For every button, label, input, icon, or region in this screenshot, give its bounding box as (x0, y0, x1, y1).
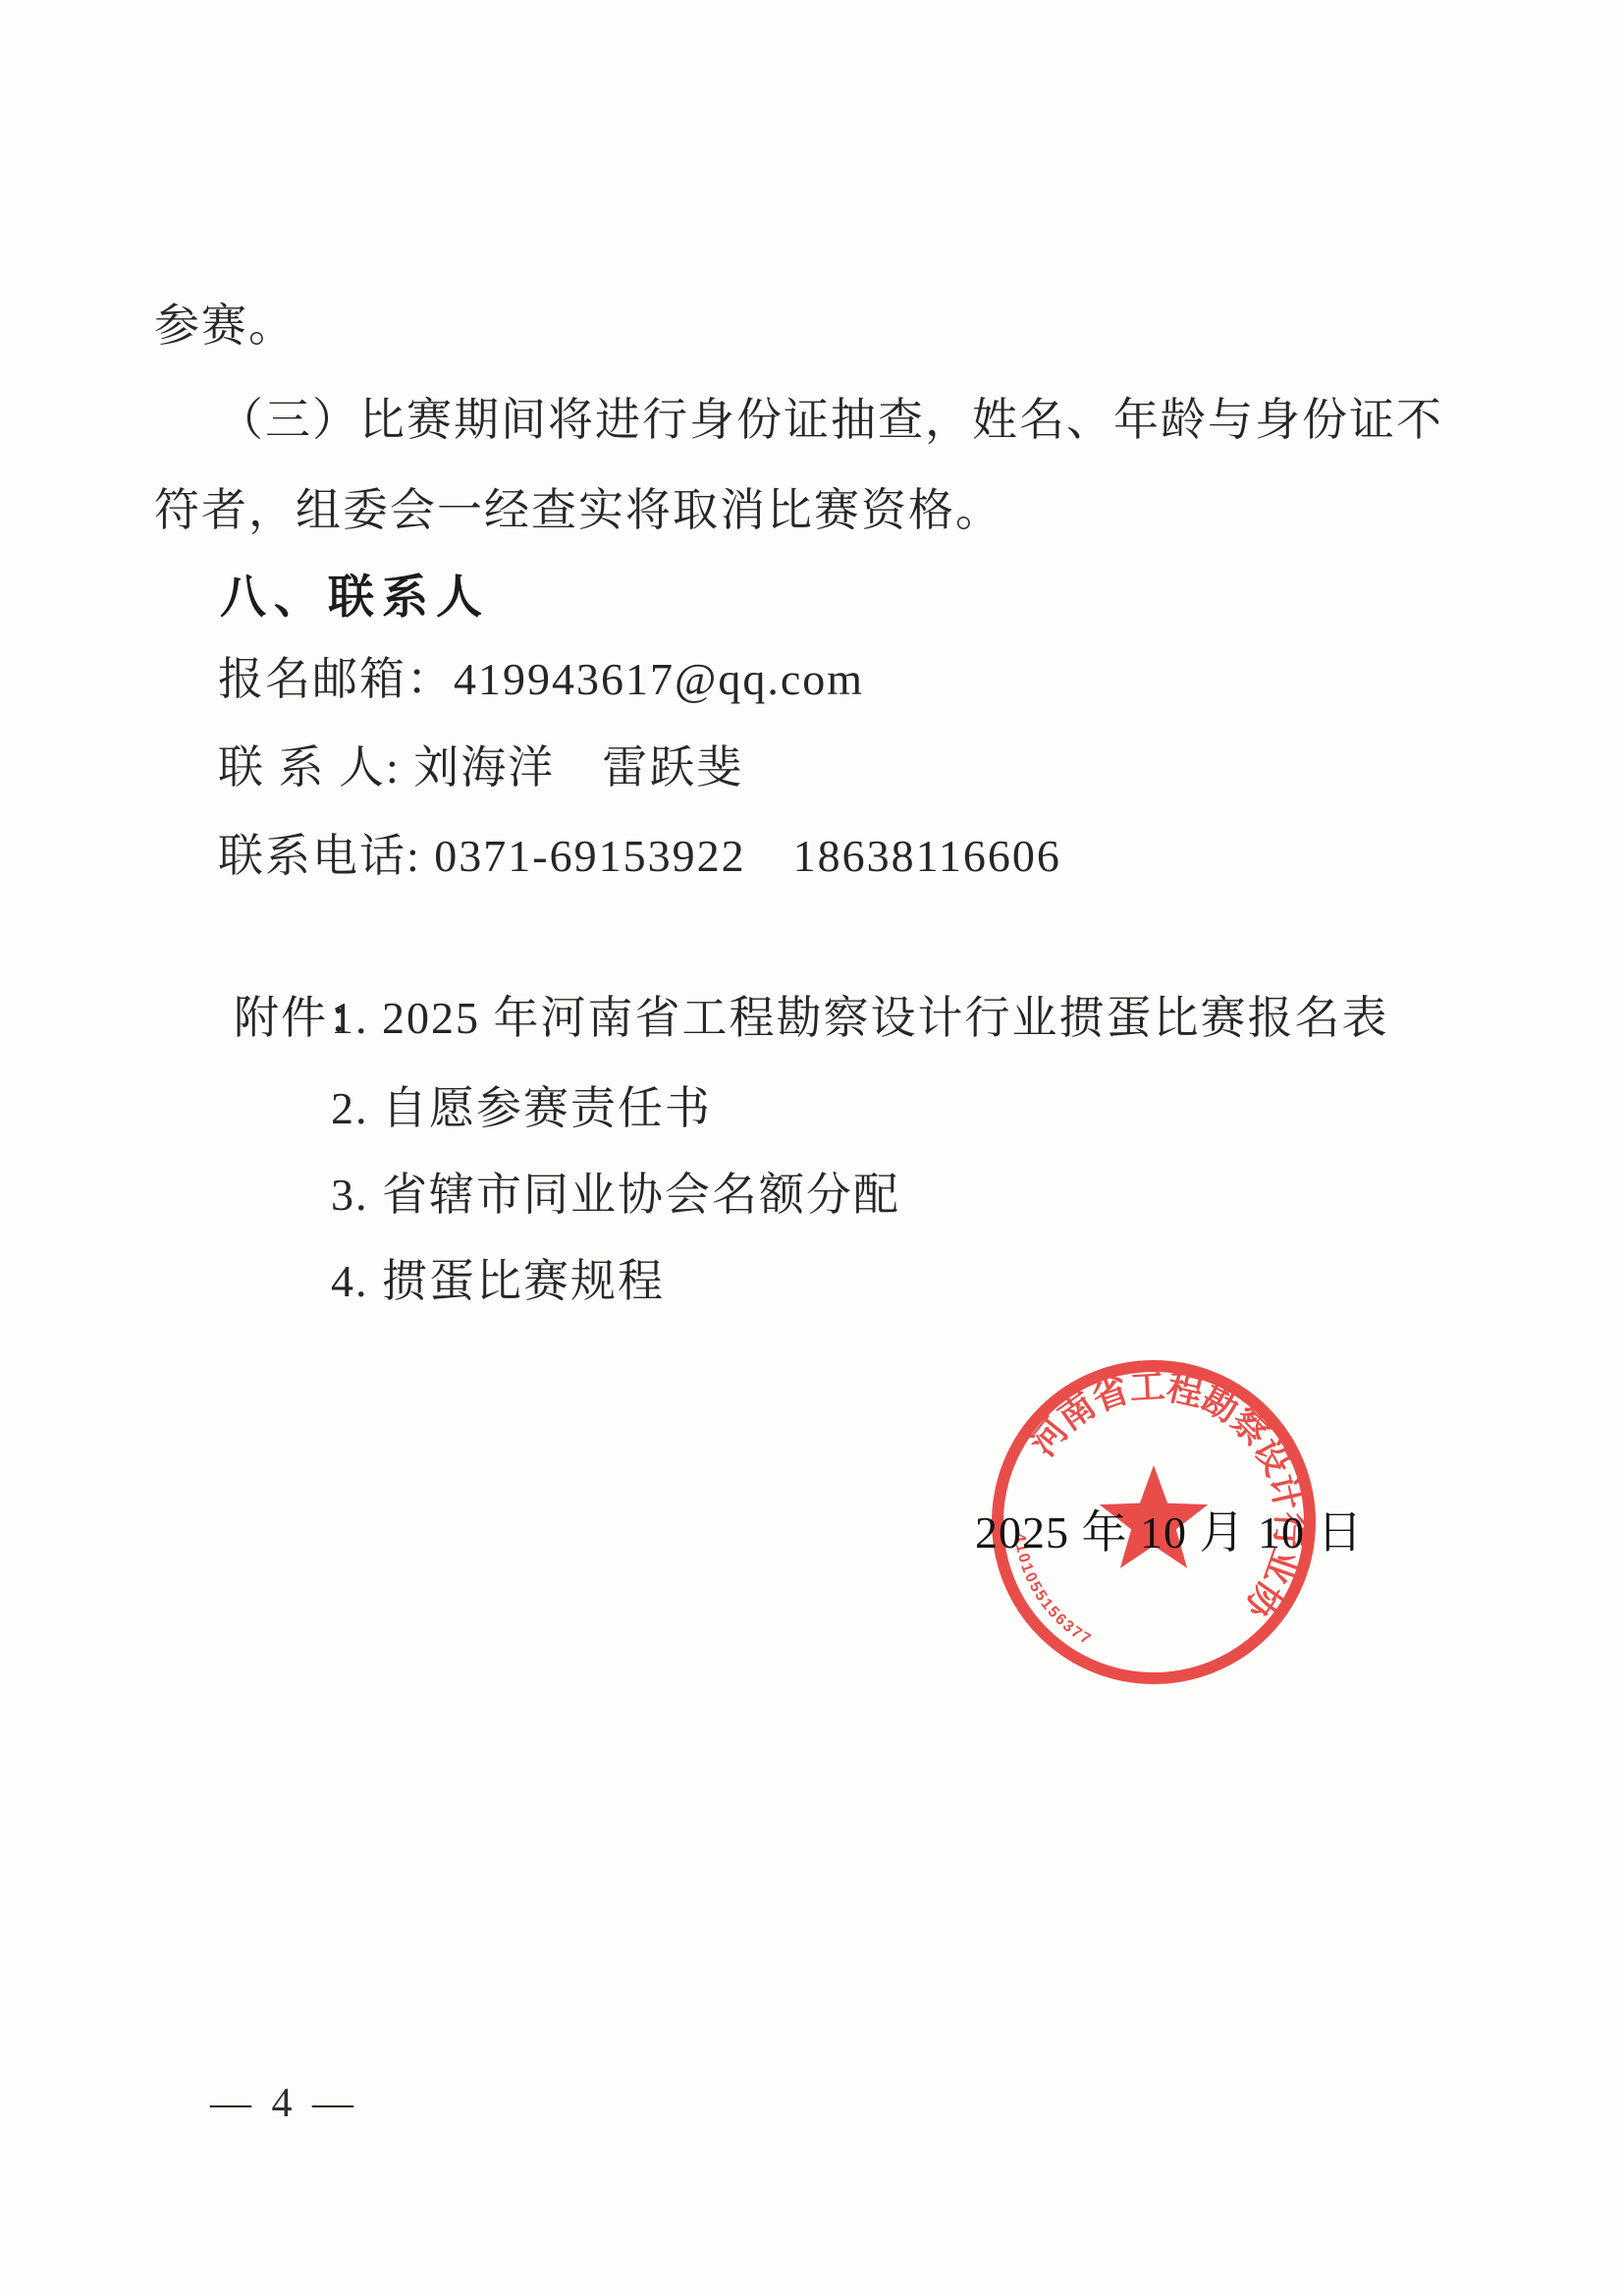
email-line: 报名邮箱：419943617@qq.com (218, 651, 864, 708)
document-page: 参赛。 （三）比赛期间将进行身份证抽查，姓名、年龄与身份证不 符者，组委会一经查… (0, 0, 1623, 2296)
signature-date: 2025 年 10 月 10 日 (975, 1497, 1364, 1561)
section-heading-contacts: 八、联系人 (220, 570, 490, 628)
attachment-item-3: 3. 省辖市同业协会名额分配 (331, 1167, 900, 1224)
paragraph-continuation: 参赛。 (154, 298, 296, 355)
phone-line: 联系电话: 0371-69153922 18638116606 (218, 828, 1061, 885)
attachment-item-2: 2. 自愿参赛责任书 (331, 1080, 712, 1137)
contact-persons-line: 联 系 人: 刘海洋 雷跃斐 (218, 739, 743, 796)
attachment-item-1: 1. 2025 年河南省工程勘察设计行业掼蛋比赛报名表 (331, 990, 1389, 1047)
page-number: — 4 — (210, 2080, 358, 2127)
clause-three-line-1: （三）比赛期间将进行身份证抽查，姓名、年龄与身份证不 (218, 392, 1443, 449)
clause-three-line-2: 符者，组委会一经查实将取消比赛资格。 (154, 482, 1002, 539)
attachment-item-4: 4. 掼蛋比赛规程 (331, 1253, 665, 1310)
